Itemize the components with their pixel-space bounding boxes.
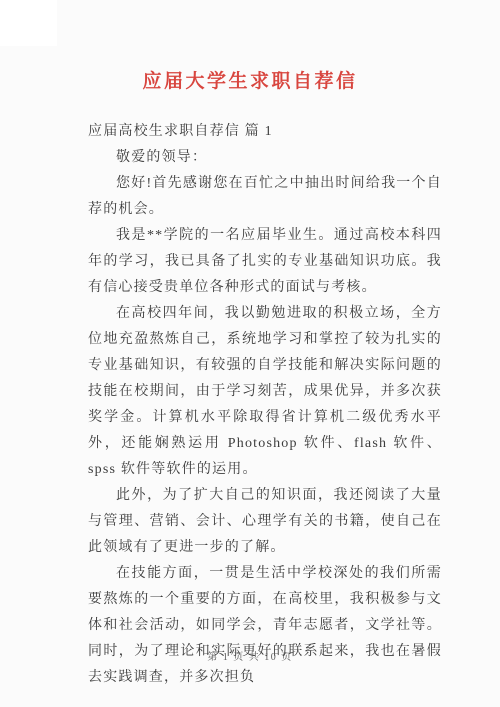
paragraph-greeting: 您好!首先感谢您在百忙之中抽出时间给我一个自荐的机会。 xyxy=(88,171,442,223)
document-page: 应届大学生求职自荐信 应届高校生求职自荐信 篇 1 敬爱的领导： 您好!首先感谢… xyxy=(0,0,500,707)
paragraph-skills: 在技能方面，一贯是生活中学校深处的我们所需要熬炼的一个重要的方面，在高校里，我积… xyxy=(88,561,442,691)
document-body: 应届高校生求职自荐信 篇 1 敬爱的领导： 您好!首先感谢您在百忙之中抽出时间给… xyxy=(88,119,442,691)
scan-corner-artifact xyxy=(0,0,57,46)
salutation: 敬爱的领导： xyxy=(88,145,442,171)
page-number: 第 1 页 共 10 页 xyxy=(0,648,500,663)
document-title: 应届大学生求职自荐信 xyxy=(0,0,500,93)
section-heading: 应届高校生求职自荐信 篇 1 xyxy=(88,119,442,145)
paragraph-reading: 此外，为了扩大自己的知识面，我还阅读了大量与管理、营销、会计、心理学有关的书籍，… xyxy=(88,483,442,561)
paragraph-studies: 在高校四年间，我以勤勉进取的积极立场，全方位地充盈熬炼自己，系统地学习和掌控了较… xyxy=(88,301,442,483)
paragraph-intro: 我是**学院的一名应届毕业生。通过高校本科四年的学习，我已具备了扎实的专业基础知… xyxy=(88,223,442,301)
